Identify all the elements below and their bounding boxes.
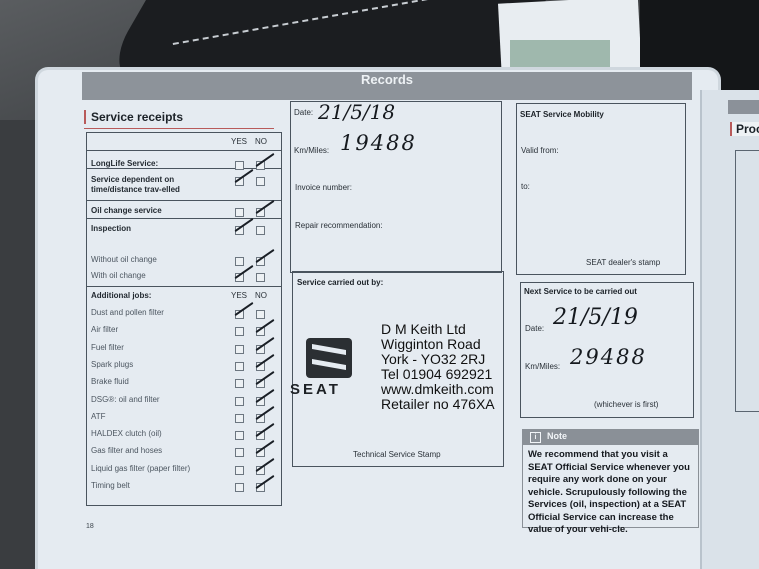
mobility-title: SEAT Service Mobility xyxy=(520,110,604,119)
checkmark-icon xyxy=(255,371,274,385)
checkmark-icon xyxy=(255,200,274,214)
row-label: With oil change xyxy=(91,271,221,281)
col-head-no: NO xyxy=(255,137,267,146)
next-date-handwritten: 21/5/19 xyxy=(553,305,638,330)
col-head-yes: YES xyxy=(231,137,247,146)
stamp-line: Wigginton Road xyxy=(381,337,495,352)
next-km-label: Km/Miles: xyxy=(525,362,560,371)
row-label: Oil change service xyxy=(91,206,221,216)
checkmark-icon xyxy=(255,153,274,167)
checkbox-yes[interactable] xyxy=(235,362,244,371)
divider xyxy=(87,200,281,201)
checkbox-yes[interactable] xyxy=(235,483,244,492)
valid-from-label: Valid from: xyxy=(521,146,559,155)
invoice-label: Invoice number: xyxy=(295,183,352,192)
service-receipts-table: YESNOLongLife Service:Service dependent … xyxy=(86,132,282,506)
job-label: Dust and pollen filter xyxy=(91,308,164,317)
checkmark-icon xyxy=(255,423,274,437)
seat-wordmark: SEAT xyxy=(290,381,341,398)
checkbox-no[interactable] xyxy=(256,226,265,235)
job-label: Timing belt xyxy=(91,481,130,490)
stamp-line: D M Keith Ltd xyxy=(381,322,495,337)
checkmark-icon xyxy=(234,218,253,232)
job-label: DSG®: oil and filter xyxy=(91,395,160,404)
job-label: Gas filter and hoses xyxy=(91,446,162,455)
section-underline xyxy=(84,128,274,129)
records-header-bar: Records xyxy=(82,72,692,100)
checkmark-icon xyxy=(255,336,274,350)
next-date-label: Date: xyxy=(525,324,544,333)
row-label: Without oil change xyxy=(91,255,221,265)
to-label: to: xyxy=(521,182,530,191)
col-head-no: NO xyxy=(255,291,267,300)
records-title: Records xyxy=(82,72,692,88)
checkbox-yes[interactable] xyxy=(235,448,244,457)
page-number: 18 xyxy=(86,523,94,530)
checkbox-yes[interactable] xyxy=(235,466,244,475)
stamp-line: Retailer no 476XA xyxy=(381,397,495,412)
checkmark-icon xyxy=(234,265,253,279)
checkmark-icon xyxy=(234,302,253,316)
checkbox-yes[interactable] xyxy=(235,345,244,354)
stamp-line: Tel 01904 692921 xyxy=(381,367,495,382)
next-km-handwritten: 29488 xyxy=(570,345,647,369)
divider xyxy=(87,286,281,287)
checkbox-yes[interactable] xyxy=(235,208,244,217)
info-icon: i xyxy=(530,432,541,443)
checkbox-yes[interactable] xyxy=(235,379,244,388)
repair-label: Repair recommendation: xyxy=(295,221,383,230)
seat-logo-icon xyxy=(306,338,352,378)
job-label: Air filter xyxy=(91,325,118,334)
job-label: ATF xyxy=(91,412,106,421)
checkmark-icon xyxy=(255,319,274,333)
checkbox-yes[interactable] xyxy=(235,257,244,266)
checkbox-yes[interactable] xyxy=(235,397,244,406)
checkmark-icon xyxy=(255,440,274,454)
mobility-box xyxy=(516,103,686,275)
checkbox-yes[interactable] xyxy=(235,327,244,336)
date-label: Date: xyxy=(294,108,313,117)
checkmark-icon xyxy=(255,354,274,368)
checkmark-icon xyxy=(255,388,274,402)
whichever-first-note: (whichever is first) xyxy=(594,400,658,409)
checkbox-yes[interactable] xyxy=(235,431,244,440)
stamp-caption: Technical Service Stamp xyxy=(353,450,441,459)
checkbox-no[interactable] xyxy=(256,310,265,319)
stamp-line: www.dmkeith.com xyxy=(381,382,495,397)
green-document-edge xyxy=(510,40,610,70)
job-label: Brake fluid xyxy=(91,377,129,386)
checkmark-icon xyxy=(255,475,274,489)
note-header: iNote xyxy=(522,429,699,444)
km-label: Km/Miles: xyxy=(294,146,329,155)
col-head-yes: YES xyxy=(231,291,247,300)
dealer-stamp-caption: SEAT dealer's stamp xyxy=(586,258,660,267)
job-label: Fuel filter xyxy=(91,343,124,352)
checkbox-yes[interactable] xyxy=(235,161,244,170)
service-date-handwritten: 21/5/18 xyxy=(318,100,395,124)
job-label: HALDEX clutch (oil) xyxy=(91,429,162,438)
checkbox-no[interactable] xyxy=(256,273,265,282)
checkbox-no[interactable] xyxy=(256,177,265,186)
checkmark-icon xyxy=(234,169,253,183)
checkmark-icon xyxy=(255,406,274,420)
row-label: Service dependent on time/distance trav-… xyxy=(91,175,221,195)
dealer-stamp: D M Keith LtdWigginton RoadYork - YO32 2… xyxy=(381,322,495,412)
checkmark-icon xyxy=(255,458,274,472)
checkmark-icon xyxy=(255,249,274,263)
next-service-title: Next Service to be carried out xyxy=(524,287,637,296)
service-receipts-title: Service receipts xyxy=(84,110,183,124)
job-label: Liquid gas filter (paper filter) xyxy=(91,464,190,473)
service-km-handwritten: 19488 xyxy=(340,131,417,155)
job-label: Spark plugs xyxy=(91,360,133,369)
additional-jobs-title: Additional jobs: xyxy=(91,291,151,300)
row-label: LongLife Service: xyxy=(91,159,221,169)
note-body: We recommend that you visit a SEAT Offic… xyxy=(522,444,699,528)
stamp-line: York - YO32 2RJ xyxy=(381,352,495,367)
carried-out-label: Service carried out by: xyxy=(297,278,383,287)
facing-page-box xyxy=(735,150,759,412)
facing-page-header-bar xyxy=(728,100,759,114)
note-title: Note xyxy=(547,431,567,441)
checkbox-yes[interactable] xyxy=(235,414,244,423)
facing-page-title: Proo xyxy=(730,122,759,136)
divider xyxy=(87,150,281,151)
row-label: Inspection xyxy=(91,224,221,234)
